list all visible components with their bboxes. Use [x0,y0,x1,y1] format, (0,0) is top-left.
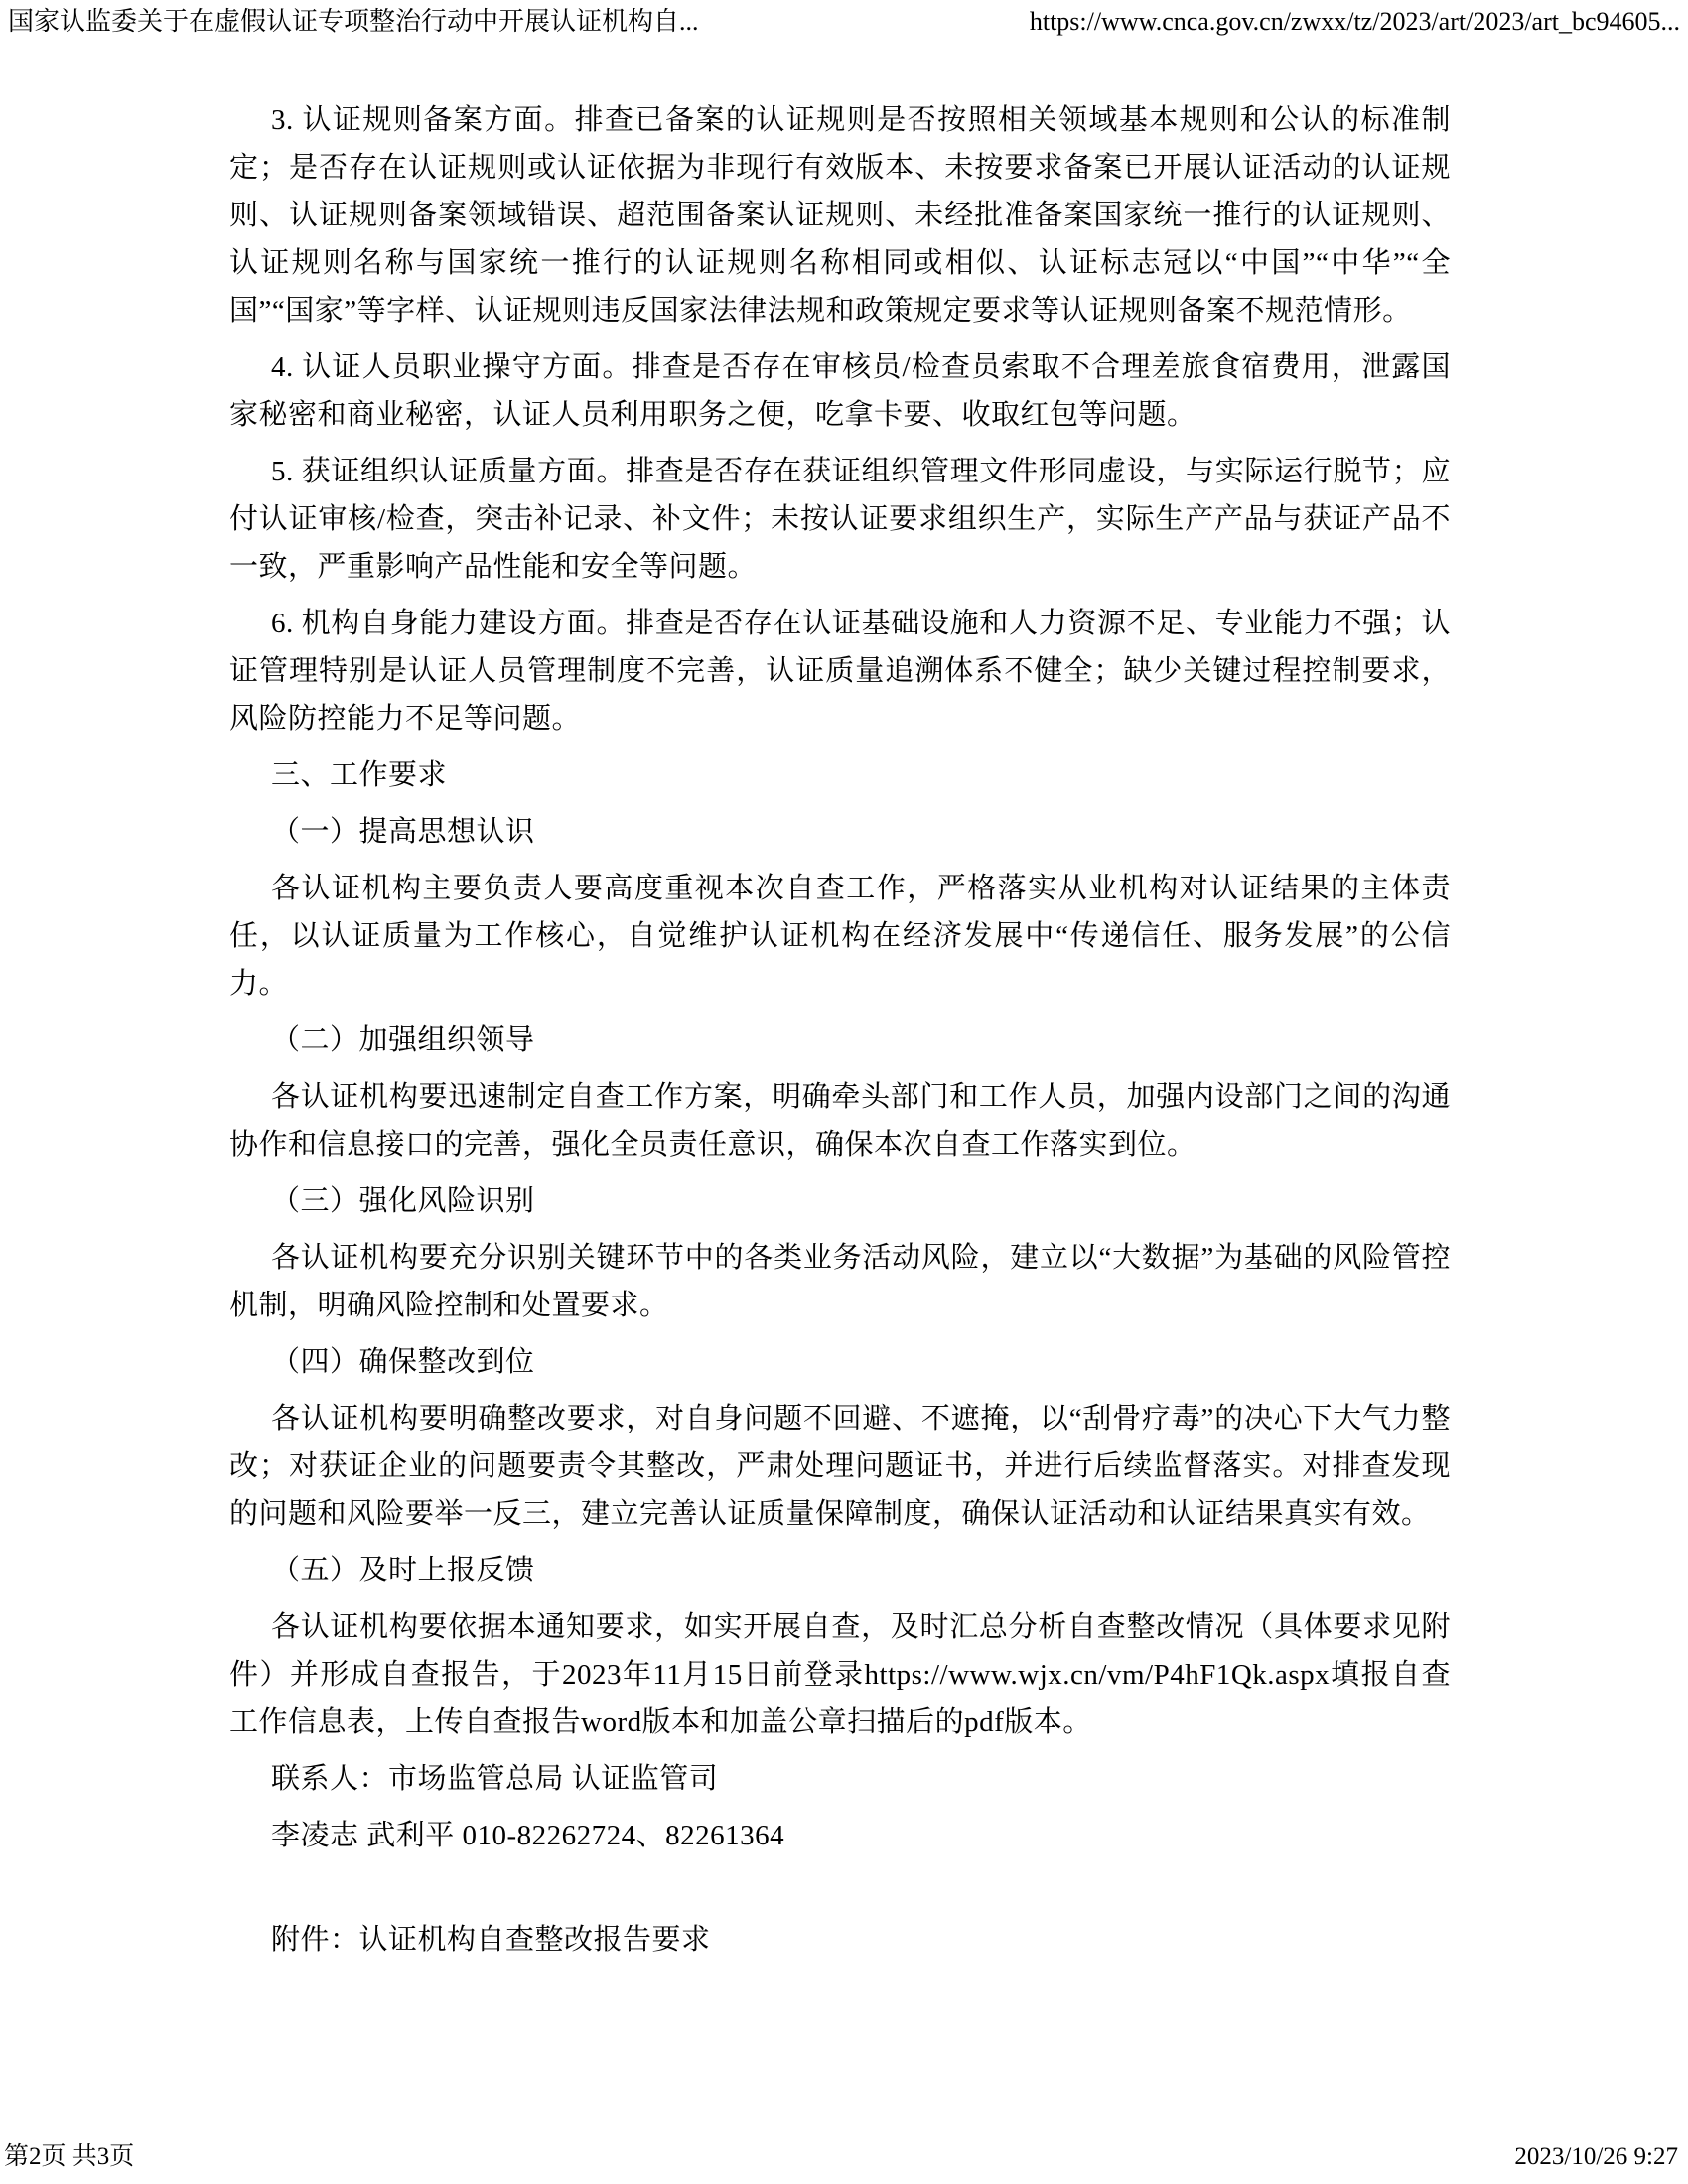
subheading-raise-awareness: （一）提高思想认识 [229,808,1451,856]
paragraph-ensure-rectification: 各认证机构要明确整改要求，对自身问题不回避、不遮掩，以“刮骨疗毒”的决心下大气力… [229,1395,1451,1538]
subheading-timely-reporting: （五）及时上报反馈 [229,1547,1451,1594]
printed-document-page: 国家认监委关于在虚假认证专项整治行动中开展认证机构自... https://ww… [0,0,1688,2184]
paragraph-raise-awareness: 各认证机构主要负责人要高度重视本次自查工作，严格落实从业机构对认证结果的主体责任… [229,865,1451,1008]
paragraph-rule-filing: 3. 认证规则备案方面。排查已备案的认证规则是否按照相关领域基本规则和公认的标准… [229,96,1451,335]
print-footer: 第2页 共3页 2023/10/26 9:27 [4,2142,1678,2172]
paragraph-strengthen-leadership: 各认证机构要迅速制定自查工作方案，明确牵头部门和工作人员，加强内设部门之间的沟通… [229,1073,1451,1168]
header-document-title: 国家认监委关于在虚假认证专项整治行动中开展认证机构自... [8,6,699,38]
document-body: 3. 认证规则备案方面。排查已备案的认证规则是否按照相关领域基本规则和公认的标准… [229,96,1451,1973]
header-source-url: https://www.cnca.gov.cn/zwxx/tz/2023/art… [1030,6,1680,38]
footer-page-number: 第2页 共3页 [4,2142,134,2172]
paragraph-cert-quality: 5. 获证组织认证质量方面。排查是否存在获证组织管理文件形同虚设，与实际运行脱节… [229,448,1451,591]
subheading-strengthen-leadership: （二）加强组织领导 [229,1017,1451,1064]
attachment-line: 附件：认证机构自查整改报告要求 [229,1916,1451,1964]
subheading-risk-identification: （三）强化风险识别 [229,1177,1451,1225]
paragraph-agency-capability: 6. 机构自身能力建设方面。排查是否存在认证基础设施和人力资源不足、专业能力不强… [229,600,1451,743]
print-header: 国家认监委关于在虚假认证专项整治行动中开展认证机构自... https://ww… [8,6,1680,38]
paragraph-personnel-conduct: 4. 认证人员职业操守方面。排查是否存在审核员/检查员索取不合理差旅食宿费用，泄… [229,343,1451,439]
subheading-ensure-rectification: （四）确保整改到位 [229,1338,1451,1386]
footer-datetime: 2023/10/26 9:27 [1514,2142,1678,2172]
contact-department-line: 联系人：市场监管总局 认证监管司 [229,1755,1451,1803]
section-heading-work-requirements: 三、工作要求 [229,751,1451,799]
contact-phone-line: 李凌志 武利平 010-82262724、82261364 [229,1812,1451,1859]
paragraph-timely-reporting: 各认证机构要依据本通知要求，如实开展自查，及时汇总分析自查整改情况（具体要求见附… [229,1603,1451,1746]
paragraph-risk-identification: 各认证机构要充分识别关键环节中的各类业务活动风险，建立以“大数据”为基础的风险管… [229,1234,1451,1329]
